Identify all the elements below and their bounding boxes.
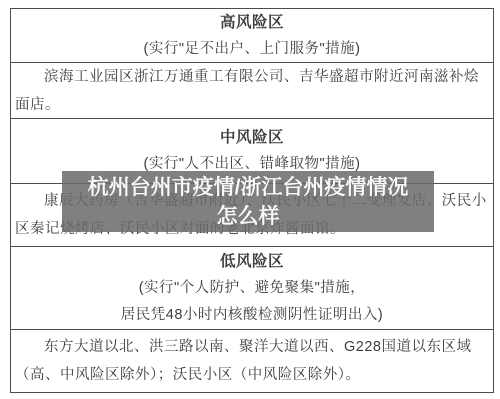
high-risk-areas-text: 滨海工业园区浙江万通重工有限公司、吉华盛超市附近河南滋补烩面店。 (11, 63, 493, 119)
high-risk-areas-cell: 滨海工业园区浙江万通重工有限公司、吉华盛超市附近河南滋补烩面店。 (11, 63, 493, 119)
medium-risk-title: 中风险区 (220, 124, 284, 151)
document-canvas: 高风险区 (实行"足不出户、上门服务"措施) 滨海工业园区浙江万通重工有限公司、… (0, 0, 500, 399)
watermark-line2: 怎么样 (62, 202, 434, 231)
low-risk-measure-line2: 居民凭48小时内核酸检测阴性证明出入) (121, 302, 383, 329)
watermark-line1: 杭州台州市疫情/浙江台州疫情情况 (62, 173, 434, 202)
high-risk-header-cell: 高风险区 (实行"足不出户、上门服务"措施) (11, 9, 493, 63)
low-risk-measure-line1: (实行"个人防护、避免聚集"措施， (139, 275, 366, 302)
low-risk-areas-cell: 东方大道以北、洪三路以南、聚洋大道以西、G228国道以东区域（高、中风险区除外）… (11, 330, 493, 392)
high-risk-title: 高风险区 (220, 9, 284, 36)
watermark-overlay: 杭州台州市疫情/浙江台州疫情情况 怎么样 (62, 171, 434, 232)
high-risk-measure: (实行"足不出户、上门服务"措施) (144, 36, 361, 63)
low-risk-header-cell: 低风险区 (实行"个人防护、避免聚集"措施， 居民凭48小时内核酸检测阴性证明出… (11, 247, 493, 330)
low-risk-areas-text: 东方大道以北、洪三路以南、聚洋大道以西、G228国道以东区域（高、中风险区除外）… (11, 333, 493, 389)
low-risk-title: 低风险区 (220, 248, 284, 275)
